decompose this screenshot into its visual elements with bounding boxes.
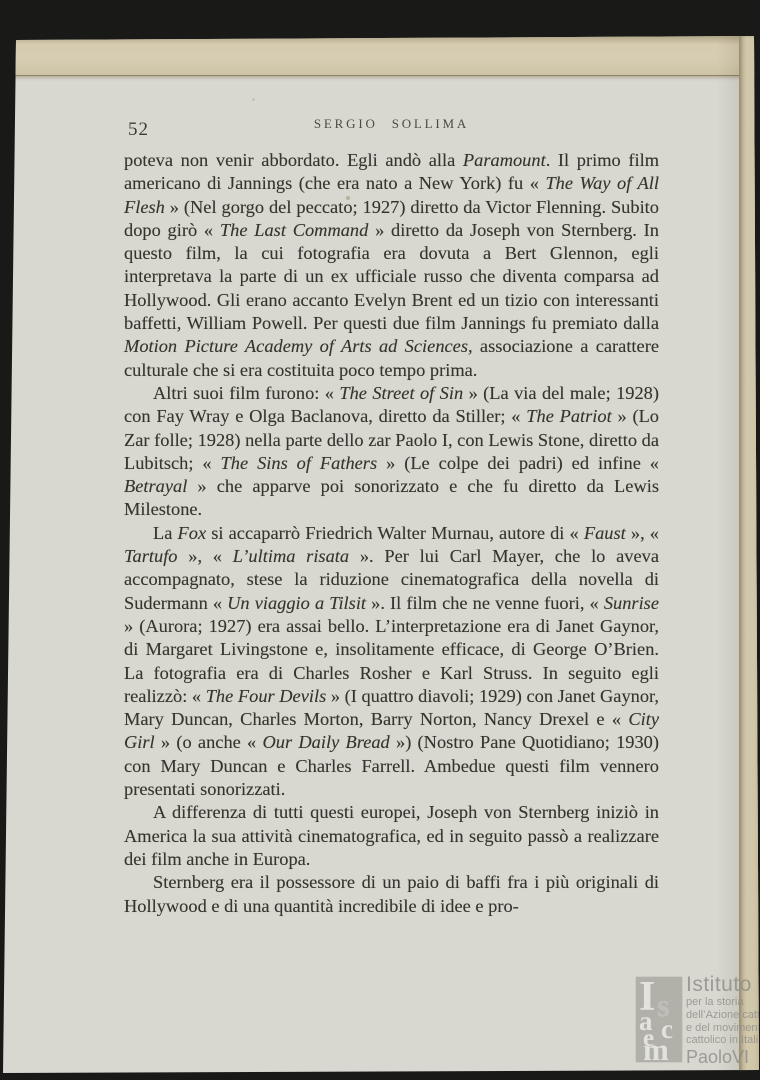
paragraph: La Fox si accaparrò Friedrich Walter Mur… <box>124 522 659 802</box>
film-title-italic: The Four Devils <box>206 686 327 706</box>
text-run: poteva non venir abbordato. Egli andò al… <box>124 150 463 170</box>
watermark-line: e del movimento <box>686 1022 760 1035</box>
page-top-edge <box>0 36 760 76</box>
logo-letter: m <box>643 1034 669 1065</box>
watermark-text: Istituto per la storia dell’Azione catto… <box>686 974 760 1067</box>
watermark-line: per la storia <box>686 996 760 1009</box>
film-title-italic: L’ultima risata <box>233 546 349 566</box>
page-sheet: 52 SERGIO SOLLIMA poteva non venir abbor… <box>0 0 760 1080</box>
text-run: Sternberg era il possessore di un paio d… <box>124 872 659 915</box>
watermark-line: PaoloVI <box>686 1047 760 1067</box>
film-title-italic: Faust <box>584 523 626 543</box>
film-title-italic: Un viaggio a Tilsit <box>227 593 366 613</box>
paper-speck <box>252 98 255 101</box>
paragraph: A differenza di tutti questi europei, Jo… <box>124 801 659 871</box>
running-header: SERGIO SOLLIMA <box>124 116 659 132</box>
film-title-italic: Motion Picture Academy of Arts ad Scienc… <box>124 336 473 356</box>
film-title-italic: Paramount <box>463 150 546 170</box>
scanned-book-page: 52 SERGIO SOLLIMA poteva non venir abbor… <box>0 0 760 1080</box>
film-title-italic: Tartufo <box>124 546 178 566</box>
paragraph: poteva non venir abbordato. Egli andò al… <box>124 149 659 382</box>
page-right-edge <box>739 36 760 1080</box>
archive-watermark: I s a c e m Istituto per la storia dell’… <box>636 974 760 1069</box>
text-run: » che apparve poi sonorizzato e che fu d… <box>124 476 659 519</box>
film-title-italic: The Street of Sin <box>339 383 463 403</box>
text-run: », « <box>178 546 233 566</box>
film-title-italic: Fox <box>178 523 207 543</box>
watermark-line: Istituto <box>686 974 760 996</box>
page-curvature-shadow <box>717 36 739 1080</box>
film-title-italic: The Patriot <box>526 406 611 426</box>
text-run: La <box>153 523 178 543</box>
text-run: A differenza di tutti questi europei, Jo… <box>124 802 659 869</box>
text-run: » (Le colpe dei padri) ed infine « <box>377 453 659 473</box>
film-title-italic: Our Daily Bread <box>263 732 390 752</box>
film-title-italic: The Last Command <box>220 220 368 240</box>
paragraph: Altri suoi film furono: « The Street of … <box>124 382 659 522</box>
text-run: ». Il film che ne venne fuori, « <box>366 593 604 613</box>
isacem-logo: I s a c e m <box>636 977 682 1062</box>
watermark-line: dell’Azione cattolica <box>686 1009 760 1022</box>
text-run: Altri suoi film furono: « <box>153 383 339 403</box>
film-title-italic: Betrayal <box>124 476 187 496</box>
text-run: » (o anche « <box>155 732 263 752</box>
paragraph: Sternberg era il possessore di un paio d… <box>124 871 659 918</box>
body-text: poteva non venir abbordato. Egli andò al… <box>124 149 659 918</box>
film-title-italic: Sunrise <box>604 593 659 613</box>
watermark-line: cattolico in Italia <box>686 1034 760 1047</box>
film-title-italic: The Sins of Fathers <box>221 453 378 473</box>
text-run: si accaparrò Friedrich Walter Murnau, au… <box>206 523 584 543</box>
text-run: », « <box>626 523 659 543</box>
